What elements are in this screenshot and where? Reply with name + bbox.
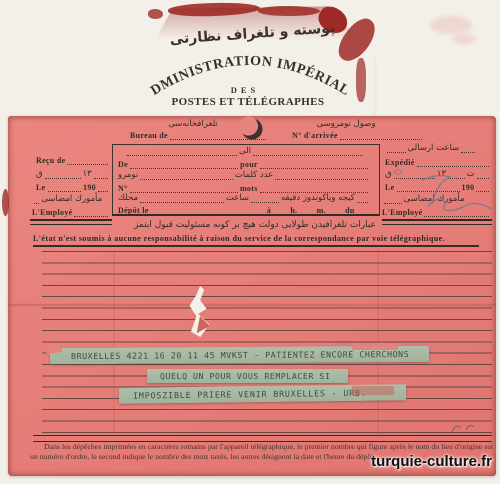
red-stain (258, 6, 320, 16)
hour-minute-arabic-field: محلك ساعت كيجه وياكوندوز دقيقه (118, 193, 370, 203)
ruled-lines (42, 251, 492, 435)
handwritten-mark (394, 170, 402, 175)
des-label: DES (195, 85, 295, 95)
bottom-double-rule (33, 435, 492, 442)
telegram-strip-text: QUELQ UN POUR VOUS REMPLACER SI (160, 371, 330, 381)
telegram-strip-text: BRUXELLES 4221 16 20 11 45 MVKST - PATIE… (71, 349, 409, 361)
notice-arabic: عبارات تلغرافيدن طولايى دولت هيچ بر كونه… (115, 220, 395, 230)
handwriting-overlay (380, 160, 500, 220)
left-employe-field: L'Employé (32, 207, 110, 217)
bureau-arabic: تلغرافخانه‌سى (148, 119, 238, 129)
right-sent-arabic: ساعت ارسالى (385, 143, 491, 153)
left-le-190-field: Le 190 (36, 182, 110, 192)
de-pour-field: De pour (118, 159, 370, 169)
numero-arrivee-field: N° d'arrivée (292, 130, 424, 140)
postes-telegraphes-title: POSTES ET TÉLÉGRAPHES (148, 96, 348, 108)
telegram-scan: پوسته و تلغراف نظارتى ADMINISTRATION IMP… (0, 0, 500, 484)
notice-french: L'état n'est soumis à aucune responsabil… (33, 234, 479, 247)
telegram-strip: QUELQ UN POUR VOUS REMPLACER SI (147, 369, 348, 383)
left-signature-arabic: مأمورك امضاسى (32, 194, 110, 204)
to-field: الى (125, 146, 365, 156)
watermark: turquie-culture.fr (292, 453, 492, 470)
red-stain (148, 9, 163, 19)
signature-scribble (428, 199, 492, 211)
handwritten-mark-small (446, 420, 486, 436)
arrivee-arabic: وصول نومروسى (296, 119, 396, 129)
paper-fragment (352, 343, 398, 350)
fold-crease-vertical (113, 250, 115, 435)
pink-smudge (452, 34, 476, 44)
telegram-strip-text: IMPOSZIBLE PRIERE VENIR BRUXELLES - URB. (133, 388, 367, 401)
red-smudge (352, 386, 394, 395)
left-column-rule (30, 219, 112, 225)
no-mots-field: N° mots (118, 183, 370, 193)
depot-field: Dépôt le à h. m. du (118, 205, 370, 215)
recu-de-field: Reçu de (36, 155, 110, 165)
fold-crease-horizontal (8, 304, 496, 306)
left-date-arabic-field: ق ١٣ (36, 169, 110, 179)
pink-smudge (430, 16, 472, 34)
crescent-icon (238, 116, 266, 142)
red-stain-edge (2, 189, 9, 216)
numero-words-arabic-field: نومرو عدد كلمات (118, 170, 370, 180)
